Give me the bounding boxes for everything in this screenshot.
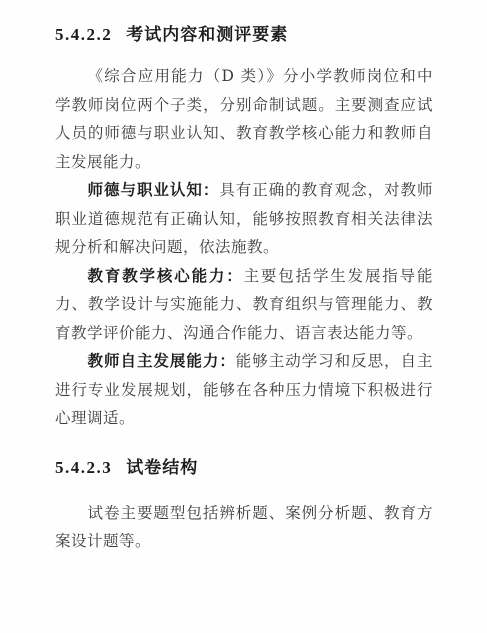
paragraph-overview: 《综合应用能力（D 类）》分小学教师岗位和中学教师岗位两个子类，分别命制试题。主… — [55, 62, 433, 176]
section-number: 5.4.2.2 — [55, 25, 112, 44]
paragraph-core-teaching-ability: 教育教学核心能力：主要包括学生发展指导能力、教学设计与实施能力、教育组织与管理能… — [55, 262, 433, 348]
paragraph-text: 《综合应用能力（D 类）》分小学教师岗位和中学教师岗位两个子类，分别命制试题。主… — [55, 67, 433, 171]
paragraph-lead: 教师自主发展能力： — [88, 352, 236, 370]
section-heading-paper-structure: 5.4.2.3试卷结构 — [55, 457, 433, 479]
paragraph-text: 试卷主要题型包括辨析题、案例分析题、教育方案设计题等。 — [55, 504, 433, 551]
section-heading-exam-content: 5.4.2.2考试内容和测评要素 — [55, 24, 433, 46]
paragraph-self-development: 教师自主发展能力：能够主动学习和反思，自主进行专业发展规划，能够在各种压力情境下… — [55, 347, 433, 433]
paragraph-lead: 师德与职业认知： — [88, 181, 220, 199]
document-page: 5.4.2.2考试内容和测评要素 《综合应用能力（D 类）》分小学教师岗位和中学… — [0, 0, 487, 633]
section-title: 试卷结构 — [126, 458, 198, 478]
paragraph-ethics-cognition: 师德与职业认知：具有正确的教育观念，对教师职业道德规范有正确认知，能够按照教育相… — [55, 176, 433, 262]
paragraph-question-types: 试卷主要题型包括辨析题、案例分析题、教育方案设计题等。 — [55, 499, 433, 556]
paragraph-lead: 教育教学核心能力： — [88, 267, 244, 285]
section-number: 5.4.2.3 — [55, 458, 112, 477]
section-title: 考试内容和测评要素 — [126, 25, 288, 45]
